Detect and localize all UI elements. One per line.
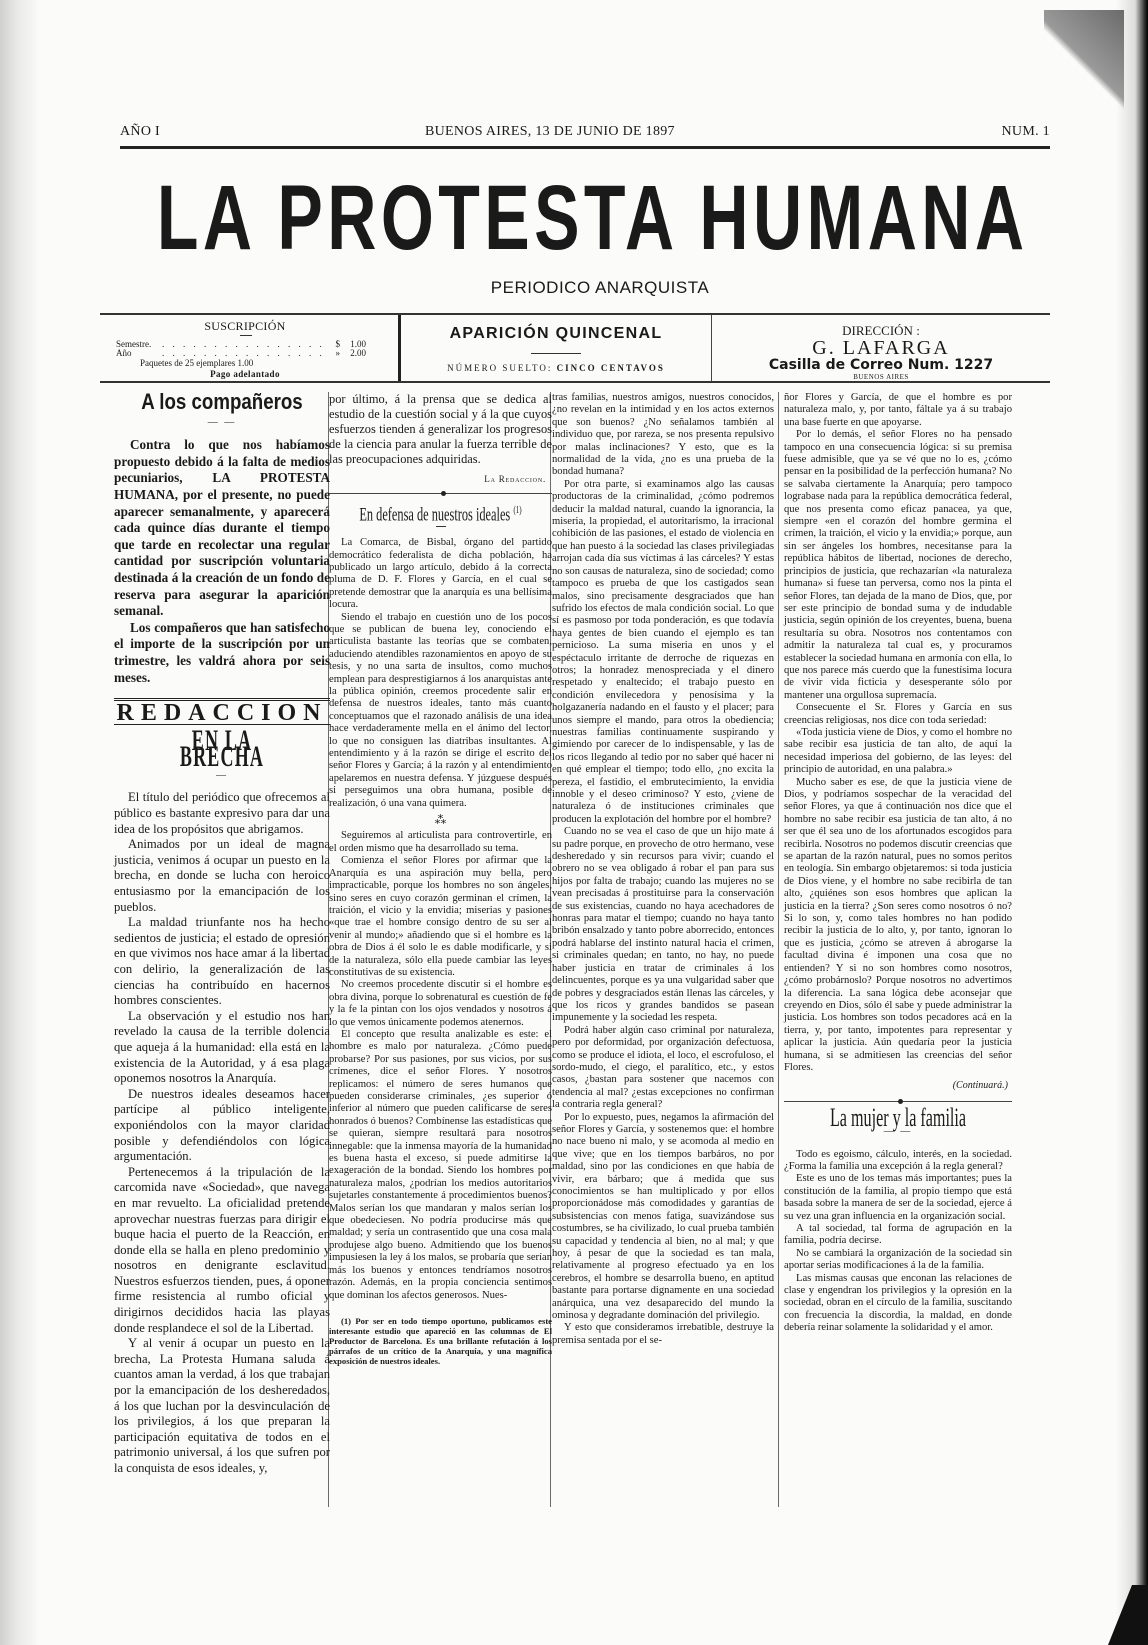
paragraph: La Comarca, de Bisbal, órgano del partid… <box>329 537 552 611</box>
column-3: tras familias, nuestros amigos, nuestros… <box>552 392 774 1347</box>
divider: — — <box>114 415 330 432</box>
volume-year: AÑO I <box>120 124 160 140</box>
paragraph: Consecuente el Sr. Flores y García en su… <box>784 702 1012 727</box>
footnote: (1) Por ser en todo tiempo oportuno, pub… <box>329 1316 552 1366</box>
paragraph: De nuestros ideales deseamos hacer partí… <box>114 1087 330 1165</box>
paragraph: Por lo demás, el señor Flores no ha pens… <box>784 429 1012 702</box>
column-1: A los compañeros — — Contra lo que nos h… <box>114 392 330 1477</box>
info-box: SUSCRIPCIÓN Semestre. . . . . . . . . . … <box>100 313 1050 383</box>
paragraph: ñor Flores y García, de que el hombre es… <box>784 392 1012 429</box>
column-2: por último, á la prensa que se dedica al… <box>329 392 552 1366</box>
article-body: Contra lo que nos habíamos propuesto deb… <box>114 437 330 686</box>
paragraph: Siendo el trabajo en cuestión uno de los… <box>329 612 552 811</box>
subscription-title: SUSCRIPCIÓN <box>100 319 390 334</box>
paragraph: por último, á la prensa que se dedica al… <box>329 392 552 467</box>
paragraph: Y al venir á ocupar un puesto en la brec… <box>114 1336 330 1476</box>
signature: La Redaccion. <box>329 473 546 485</box>
asterism: ⁂ <box>329 814 552 826</box>
paragraph: Las mismas causas que enconan las relaci… <box>784 1273 1012 1335</box>
paragraph: Por otra parte, si examinamos algo las c… <box>552 479 774 826</box>
address-box: DIRECCIÓN : G. LAFARGA Casilla de Correo… <box>712 315 1050 381</box>
masthead-title: LA PROTESTA HUMANA <box>157 168 993 268</box>
paragraph: Este es uno de los temas más importantes… <box>784 1173 1012 1223</box>
column-4: ñor Flores y García, de que el hombre es… <box>784 392 1012 1335</box>
divider <box>436 526 446 527</box>
paragraph: El concepto que resulta analizable es es… <box>329 1029 552 1302</box>
paper-edge-right <box>1116 0 1148 1645</box>
paragraph: Cuando no se vea el caso de que un hijo … <box>552 826 774 1025</box>
paragraph: Comienza el señor Flores por afirmar que… <box>329 855 552 979</box>
paragraph: El título del periódico que ofrecemos al… <box>114 790 330 837</box>
paragraph: Pertenecemos á la tripulación de la carc… <box>114 1165 330 1337</box>
frequency-title: APARICIÓN QUINCENAL <box>401 325 711 343</box>
folded-corner <box>1044 10 1124 130</box>
header-rule <box>120 146 1050 149</box>
article-title: EN LA BRECHA <box>157 733 287 766</box>
subscription-box: SUSCRIPCIÓN Semestre. . . . . . . . . . … <box>100 315 390 381</box>
issue-date: BUENOS AIRES, 13 DE JUNIO DE 1897 <box>425 124 675 140</box>
paragraph: No creemos procedente discutir si el hom… <box>329 979 552 1029</box>
paragraph: Animados por un ideal de magna justicia,… <box>114 837 330 915</box>
appearance-box: APARICIÓN QUINCENAL NÚMERO SUELTO: CINCO… <box>398 315 712 381</box>
paragraph: Seguiremos al articulista para controver… <box>329 830 552 855</box>
paragraph: Mucho saber es ese, de que la justicia v… <box>784 777 1012 1075</box>
paragraph: Por lo expuesto, pues, negamos la afirma… <box>552 1112 774 1323</box>
paragraph: La observación y el estudio nos han reve… <box>114 1009 330 1087</box>
paragraph: A tal sociedad, tal forma de agrupación … <box>784 1223 1012 1248</box>
column-rule <box>778 392 779 1507</box>
footnote-marker: (1) <box>513 504 521 516</box>
paragraph: Los compañeros que han satisfecho el imp… <box>114 620 330 686</box>
divider <box>240 335 252 336</box>
article-separator <box>329 493 552 494</box>
paragraph: Podrá haber algún caso criminal por natu… <box>552 1025 774 1112</box>
paragraph: Contra lo que nos habíamos propuesto deb… <box>114 437 330 620</box>
article-title: La mujer y la familia <box>803 1112 994 1124</box>
po-box: Casilla de Correo Num. 1227 <box>712 357 1050 373</box>
paragraph: No se cambiará la organización de la soc… <box>784 1248 1012 1273</box>
article-title: En defensa de nuestros ideales (1) <box>342 504 539 522</box>
masthead-subtitle: PERIODICO ANARQUISTA <box>100 278 1100 298</box>
continued-note: (Continuará.) <box>788 1080 1008 1092</box>
paper-edge-left <box>0 0 40 1645</box>
article-separator <box>784 1101 1012 1102</box>
paragraph: Todo es egoismo, cálculo, interés, en la… <box>784 1149 1012 1174</box>
issue-number: NUM. 1 <box>1002 124 1050 140</box>
paragraph: La maldad triunfante nos ha hecho sedien… <box>114 915 330 1009</box>
subscription-row: Año . . . . . . . . . . . . . . . . . . … <box>116 348 386 358</box>
divider <box>531 353 581 354</box>
package-price: Paquetes de 25 ejemplares 1.00 <box>140 358 253 368</box>
paragraph: «Toda justicia viene de Dios, y como el … <box>784 727 1012 777</box>
paragraph: Y esto que consideramos irrebatible, des… <box>552 1322 774 1347</box>
payment-terms: Pago adelantado <box>100 369 390 379</box>
article-body: El título del periódico que ofrecemos al… <box>114 790 330 1476</box>
paragraph: tras familias, nuestros amigos, nuestros… <box>552 392 774 479</box>
single-copy-price: NÚMERO SUELTO: CINCO CENTAVOS <box>401 363 711 373</box>
address-city: BUENOS AIRES <box>712 373 1050 381</box>
article-title: A los compañeros <box>130 394 314 411</box>
section-heading: REDACCION <box>114 705 330 725</box>
dateline: AÑO I BUENOS AIRES, 13 DE JUNIO DE 1897 … <box>120 124 1050 142</box>
